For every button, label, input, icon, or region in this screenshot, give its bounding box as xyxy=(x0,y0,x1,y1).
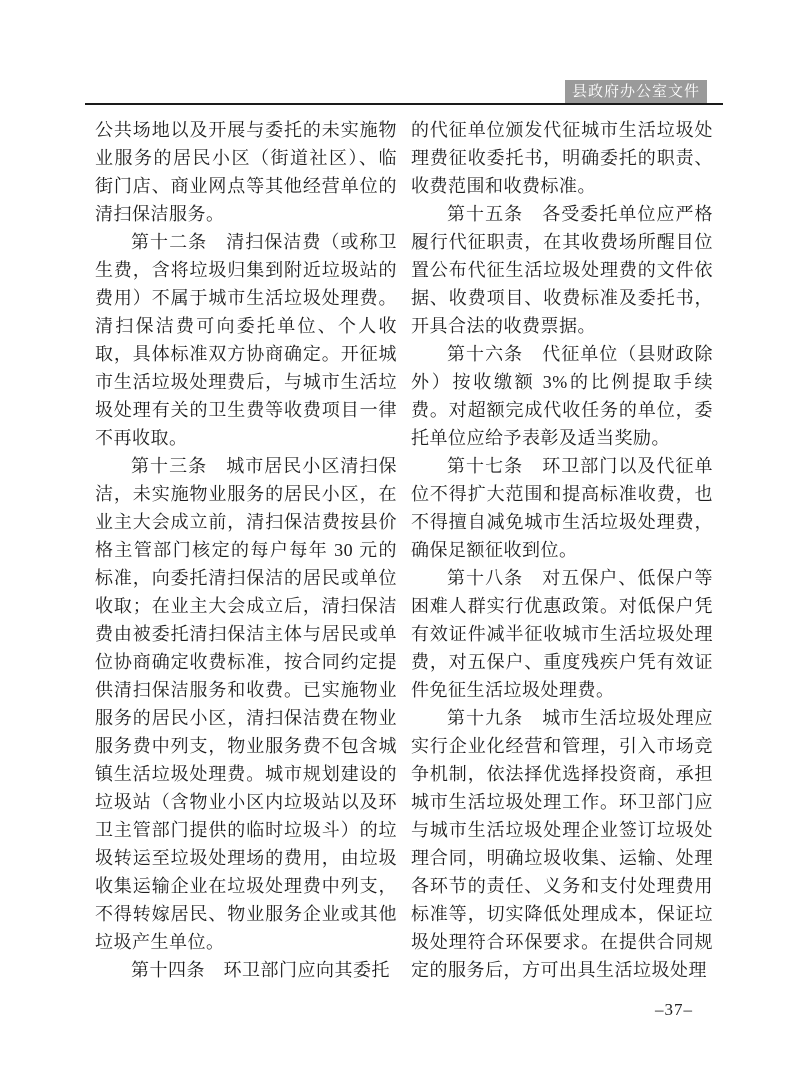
paragraph: 第十六条 代征单位（县财政除外）按收缴额 3%的比例提取手续费。对超额完成代收任… xyxy=(411,340,713,452)
header-rule xyxy=(85,103,723,105)
paragraph: 第十五条 各受委托单位应严格履行代征职责，在其收费场所醒目位置公布代征生活垃圾处… xyxy=(411,200,713,340)
paragraph: 的代征单位颁发代征城市生活垃圾处理费征收委托书，明确委托的职责、收费范围和收费标… xyxy=(411,116,713,200)
paragraph: 第十四条 环卫部门应向其委托 xyxy=(95,956,397,984)
paragraph: 第十九条 城市生活垃圾处理应实行企业化经营和管理，引入市场竞争机制，依法择优选择… xyxy=(411,704,713,984)
page-number: –37– xyxy=(655,1000,693,1020)
paragraph: 第十三条 城市居民小区清扫保洁，未实施物业服务的居民小区，在业主大会成立前，清扫… xyxy=(95,452,397,956)
paragraph: 第十八条 对五保户、低保户等困难人群实行优惠政策。对低保户凭有效证件减半征收城市… xyxy=(411,564,713,704)
paragraph: 公共场地以及开展与委托的未实施物业服务的居民小区（街道社区）、临街门店、商业网点… xyxy=(95,116,397,228)
right-column: 的代征单位颁发代征城市生活垃圾处理费征收委托书，明确委托的职责、收费范围和收费标… xyxy=(411,116,713,984)
paragraph: 第十七条 环卫部门以及代征单位不得扩大范围和提高标准收费，也不得擅自减免城市生活… xyxy=(411,452,713,564)
document-page: 县政府办公室文件 公共场地以及开展与委托的未实施物业服务的居民小区（街道社区）、… xyxy=(0,0,793,1077)
text-columns: 公共场地以及开展与委托的未实施物业服务的居民小区（街道社区）、临街门店、商业网点… xyxy=(95,116,713,984)
left-column: 公共场地以及开展与委托的未实施物业服务的居民小区（街道社区）、临街门店、商业网点… xyxy=(95,116,397,984)
header-label: 县政府办公室文件 xyxy=(565,80,707,103)
paragraph: 第十二条 清扫保洁费（或称卫生费，含将垃圾归集到附近垃圾站的费用）不属于城市生活… xyxy=(95,228,397,452)
